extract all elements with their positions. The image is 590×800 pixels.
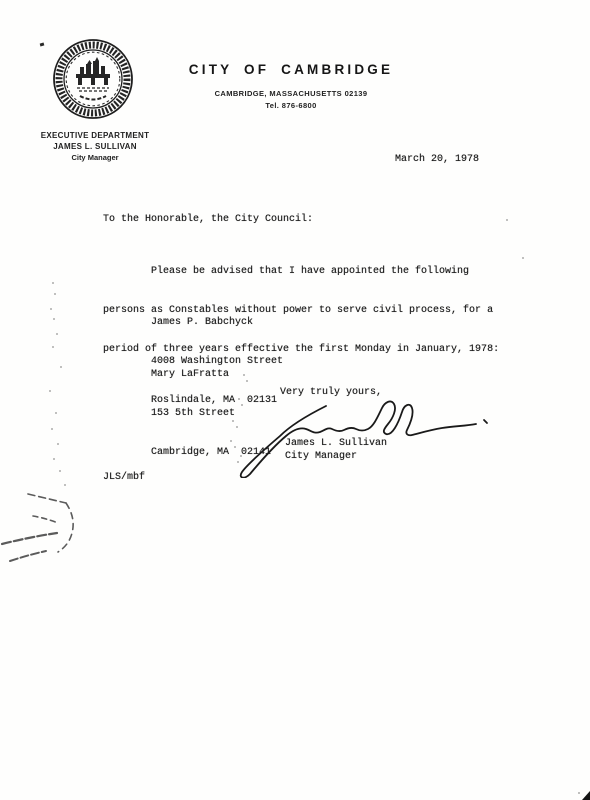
signer-name: James L. Sullivan — [285, 437, 387, 450]
scan-artifact-dot — [236, 426, 238, 428]
letterhead-city-name: CITY OF CAMBRIDGE — [146, 62, 436, 77]
scanned-letter-page: CITY OF CAMBRIDGE CAMBRIDGE, MASSACHUSET… — [0, 0, 590, 800]
appointee-city: Cambridge, MA 02141 — [151, 446, 271, 459]
appointee-name: James P. Babchyck — [151, 316, 283, 329]
appointee-block: Mary LaFratta 153 5th Street Cambridge, … — [151, 342, 271, 485]
scan-artifact-dot — [57, 443, 59, 445]
scan-artifact-dot — [234, 446, 236, 448]
paragraph-line: Please be advised that I have appointed … — [103, 265, 499, 278]
scan-artifact-dot — [55, 412, 57, 414]
letterhead-address: CAMBRIDGE, MASSACHUSETTS 02139 — [146, 89, 436, 98]
scan-artifact-dot — [240, 455, 242, 457]
scan-artifact-dot — [506, 219, 508, 221]
appointee-name: Mary LaFratta — [151, 368, 271, 381]
scan-artifact-dot — [56, 333, 58, 335]
manager-name: JAMES L. SULLIVAN — [20, 141, 170, 152]
scan-artifact-dot — [232, 420, 234, 422]
scan-artifact-dot — [60, 366, 62, 368]
date-line: March 20, 1978 — [395, 153, 479, 166]
signer-title: City Manager — [285, 450, 357, 463]
letterhead: CITY OF CAMBRIDGE CAMBRIDGE, MASSACHUSET… — [146, 62, 436, 110]
salutation: To the Honorable, the City Council: — [103, 213, 313, 226]
city-of-cambridge-seal — [52, 38, 134, 120]
scan-artifact-scribble — [0, 488, 80, 578]
department-name: EXECUTIVE DEPARTMENT — [20, 130, 170, 141]
scan-artifact-dot — [50, 308, 52, 310]
scan-artifact-dot — [238, 398, 240, 400]
letterhead-phone: Tel. 876-6800 — [146, 101, 436, 110]
manager-title: City Manager — [20, 152, 170, 163]
letterhead-department-block: EXECUTIVE DEPARTMENT JAMES L. SULLIVAN C… — [20, 130, 170, 163]
appointee-street: 153 5th Street — [151, 407, 271, 420]
reference-initials: JLS/mbf — [103, 471, 145, 484]
scan-artifact-dot — [49, 390, 51, 392]
page-corner-mark — [582, 791, 590, 800]
scan-artifact-dot — [243, 374, 245, 376]
scan-artifact-dot — [522, 257, 524, 259]
seal-bridge-scene — [76, 57, 110, 100]
scan-artifact-dot — [578, 792, 580, 794]
scan-artifact-dot — [51, 428, 53, 430]
scan-artifact-dot — [52, 346, 54, 348]
scan-artifact-speck — [40, 43, 45, 47]
scan-artifact-dot — [53, 458, 55, 460]
scan-artifact-dot — [59, 470, 61, 472]
scan-artifact-dot — [246, 380, 248, 382]
scan-artifact-dot — [230, 440, 232, 442]
scan-artifact-dot — [237, 461, 239, 463]
scan-artifact-dot — [54, 293, 56, 295]
scan-artifact-dot — [53, 318, 55, 320]
scan-artifact-dot — [64, 484, 66, 486]
closing-line: Very truly yours, — [280, 386, 382, 399]
scan-artifact-dot — [52, 282, 54, 284]
scan-artifact-dot — [241, 404, 243, 406]
